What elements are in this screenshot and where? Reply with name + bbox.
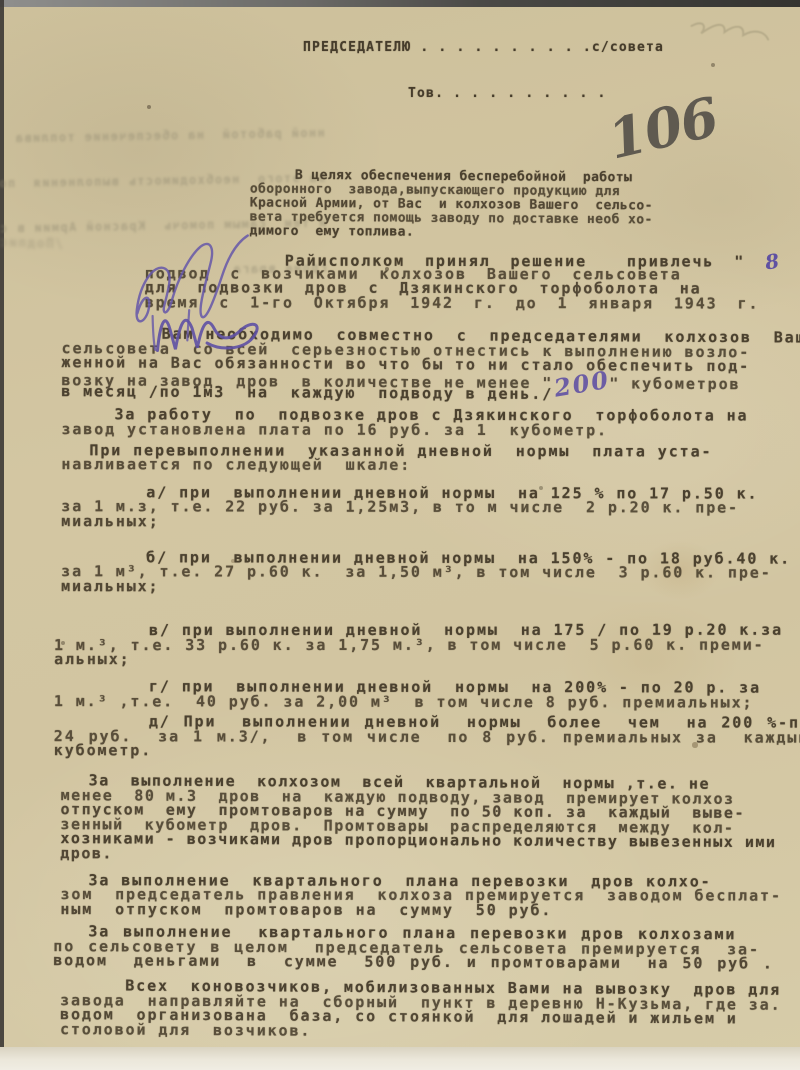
paragraph: д/ При выполнении дневной нормы более че… [54,714,799,759]
text-line: возку на завод дров в количестве не мене… [61,370,799,389]
paragraph: г/ при выполнении дневной нормы на 200% … [54,679,799,710]
paragraph: Всех коновозчиков, мобилизованных Вами н… [60,978,798,1041]
paragraph: За работу по подвозке дров с Дзякинского… [61,407,799,438]
document-page: нной работой на обеспечение топлива за э… [0,0,800,1070]
paragraph: При перевыполнении указанной дневной нор… [61,443,799,474]
bleedthrough-line: нной работой на обеспечение топлива [65,126,325,146]
paragraph: а/ при выполнении дневной нормы на 125 %… [61,485,799,530]
text-line: зенный кубометр дров. Промтовары распред… [60,817,798,836]
paragraph: За выполнение колхозом всей квартальной … [60,773,798,865]
paragraph: За выполнение квартального плана перевоз… [60,873,798,918]
signature-initials [144,287,299,367]
paragraph: б/ при выполнении дневной нормы на 150% … [61,550,799,595]
tov-line: Тов. . . . . . . . . . [408,86,607,101]
text-line: альных; [54,652,799,667]
scan-edge-top [0,0,800,7]
text-line: за 1 м.з, т.е. 22 руб. за 1,25м3, в то м… [61,499,799,515]
text-line: за 1 м³, т.е. 27 р.60 к. за 1,50 м³, в т… [61,564,799,580]
addressee-line: ПРЕДСЕДАТЕЛЮ . . . . . . . . . .с/совета [303,40,664,55]
handwritten-page-number: 106 [602,84,723,171]
text-line: 1 м.³, т.е. 33 р.60 к. за 1,75 м.³, в то… [54,638,799,653]
paragraph: в/ при выполнении дневной нормы на 175 /… [54,623,799,667]
text-line: 24 руб. за 1 м.3/, в том числе по 8 руб.… [54,729,799,745]
paper-specks [0,0,2,2]
text-line: 1 м.³ ,т.е. 40 руб. за 2,00 м³ в том чис… [54,694,799,710]
text-line: завод установлена плата по 16 руб. за 1 … [61,422,799,438]
text-line: миальных; [61,514,799,530]
handwritten-value: 200 [553,373,611,397]
paragraph: В целях обеспечения бесперебойной работы… [249,169,799,243]
corner-pencil-mark [682,0,785,74]
text-line: миальных; [61,579,799,595]
text-line: дров. [60,846,798,865]
text-line: водом деньгами в сумме 500 руб. и промто… [53,954,798,972]
text-line: кубометр. [54,744,799,760]
text-line: навливается по следующей шкале: [61,457,799,473]
text-line: ным отпуском промтоваров на сумму 50 руб… [60,902,798,918]
scan-edge-bottom [0,1047,800,1070]
paragraph: За выполнение квартального плана перевоз… [53,924,798,971]
